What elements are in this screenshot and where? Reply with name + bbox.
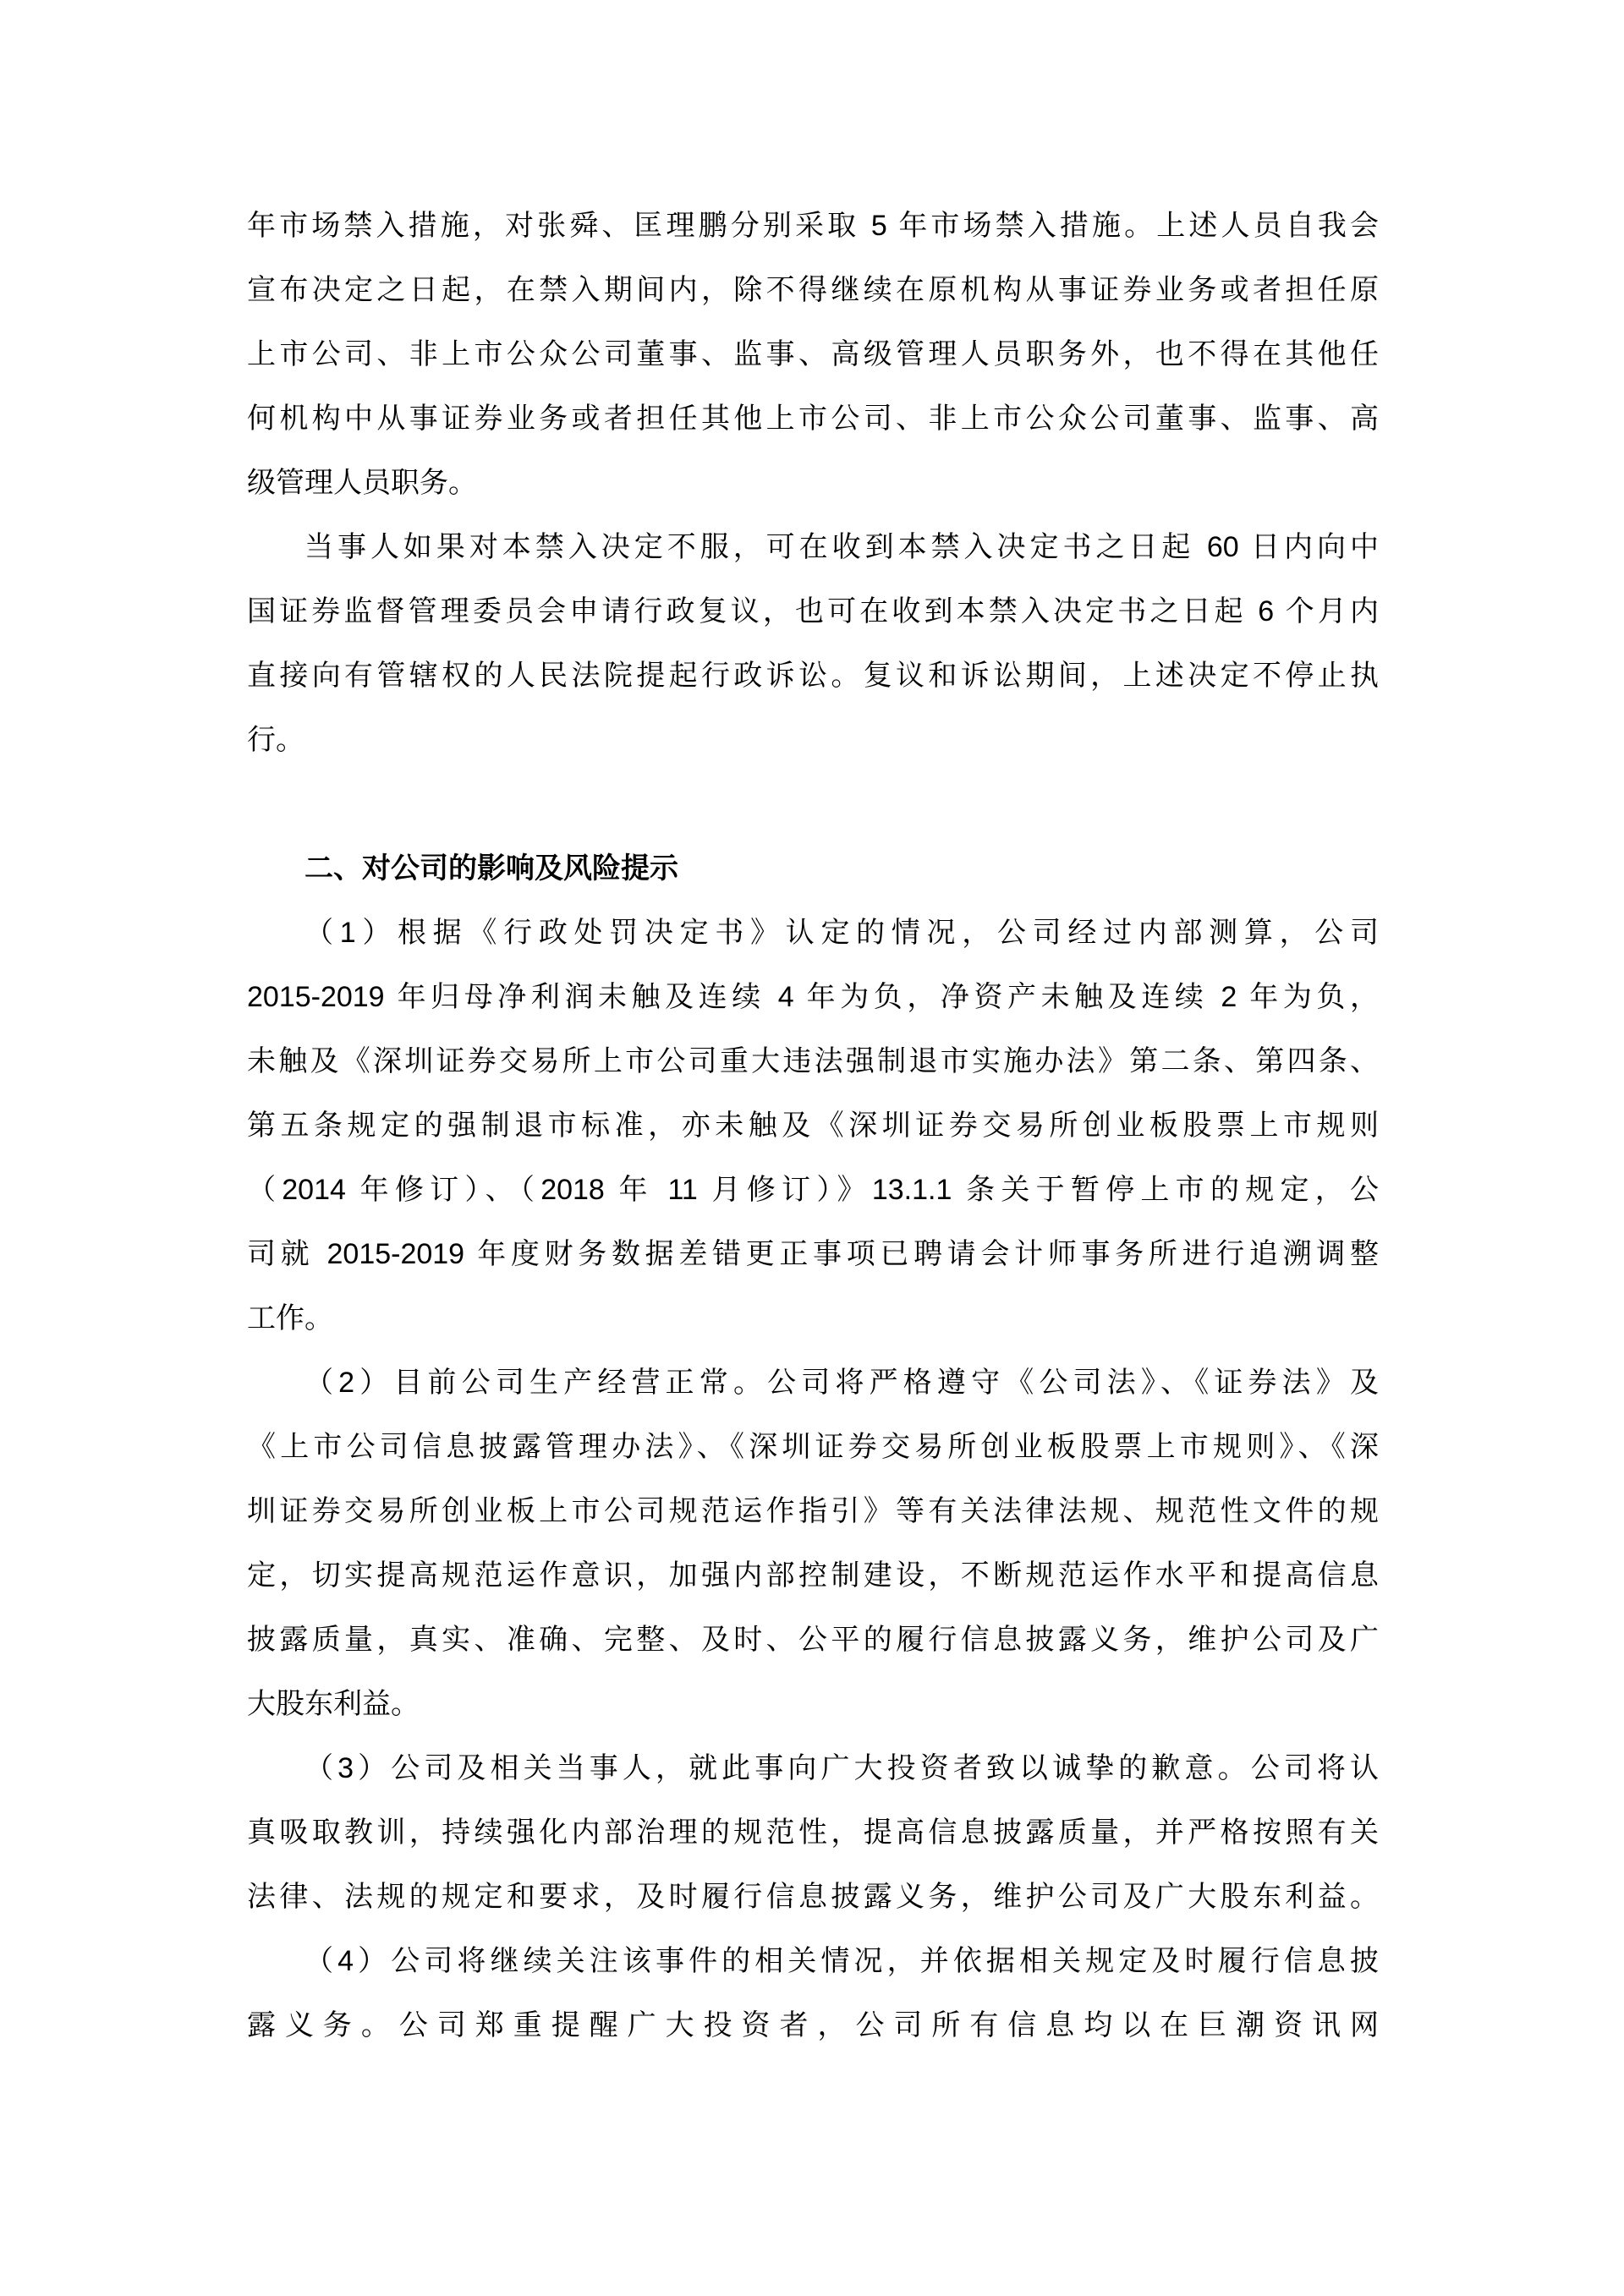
text-line: 当事人如果对本禁入决定不服，可在收到本禁入决定书之日起 60 日内向中 bbox=[247, 515, 1379, 579]
text-line: 2015-2019 年归母净利润未触及连续 4 年为负，净资产未触及连续 2 年… bbox=[247, 965, 1379, 1029]
document-page: 年市场禁入措施，对张舜、匡理鹏分别采取 5 年市场禁入措施。上述人员自我会 宣布… bbox=[0, 0, 1624, 2296]
paragraph-market-ban-continuation: 年市场禁入措施，对张舜、匡理鹏分别采取 5 年市场禁入措施。上述人员自我会 宣布… bbox=[247, 194, 1379, 515]
text-line: （2）目前公司生产经营正常。公司将严格遵守《公司法》、《证券法》及 bbox=[247, 1351, 1379, 1415]
text-line: 国证券监督管理委员会申请行政复议，也可在收到本禁入决定书之日起 6 个月内 bbox=[247, 579, 1379, 644]
text-line: （3）公司及相关当事人，就此事向广大投资者致以诚挚的歉意。公司将认 bbox=[247, 1736, 1379, 1800]
text-line: 何机构中从事证券业务或者担任其他上市公司、非上市公众公司董事、监事、高 bbox=[247, 386, 1379, 451]
text-line: 圳证券交易所创业板上市公司规范运作指引》等有关法律法规、规范性文件的规 bbox=[247, 1479, 1379, 1543]
text-line: （2014 年修订）、（2018 年 11 月修订）》13.1.1 条关于暂停上… bbox=[247, 1158, 1379, 1222]
document-text-block: 年市场禁入措施，对张舜、匡理鹏分别采取 5 年市场禁入措施。上述人员自我会 宣布… bbox=[247, 194, 1379, 2058]
paragraph-impact-item-1: （1）根据《行政处罚决定书》认定的情况，公司经过内部测算，公司 2015-201… bbox=[247, 901, 1379, 1351]
paragraph-impact-item-4: （4）公司将继续关注该事件的相关情况，并依据相关规定及时履行信息披 露义务。公司… bbox=[247, 1929, 1379, 2058]
paragraph-impact-item-2: （2）目前公司生产经营正常。公司将严格遵守《公司法》、《证券法》及 《上市公司信… bbox=[247, 1351, 1379, 1736]
text-line: 级管理人员职务。 bbox=[247, 451, 1379, 515]
text-line: 年市场禁入措施，对张舜、匡理鹏分别采取 5 年市场禁入措施。上述人员自我会 bbox=[247, 194, 1379, 258]
text-line: 直接向有管辖权的人民法院提起行政诉讼。复议和诉讼期间，上述决定不停止执 bbox=[247, 644, 1379, 708]
text-line: 《上市公司信息披露管理办法》、《深圳证券交易所创业板股票上市规则》、《深 bbox=[247, 1415, 1379, 1479]
text-line: （1）根据《行政处罚决定书》认定的情况，公司经过内部测算，公司 bbox=[247, 901, 1379, 965]
text-line: 露义务。公司郑重提醒广大投资者，公司所有信息均以在巨潮资讯网 bbox=[247, 1993, 1379, 2058]
text-line: 大股东利益。 bbox=[247, 1672, 1379, 1736]
text-line: 工作。 bbox=[247, 1286, 1379, 1351]
text-line: （4）公司将继续关注该事件的相关情况，并依据相关规定及时履行信息披 bbox=[247, 1929, 1379, 1993]
text-line: 未触及《深圳证券交易所上市公司重大违法强制退市实施办法》第二条、第四条、 bbox=[247, 1029, 1379, 1093]
text-line: 披露质量，真实、准确、完整、及时、公平的履行信息披露义务，维护公司及广 bbox=[247, 1608, 1379, 1672]
text-line: 定，切实提高规范运作意识，加强内部控制建设，不断规范运作水平和提高信息 bbox=[247, 1543, 1379, 1608]
text-line: 司就 2015-2019 年度财务数据差错更正事项已聘请会计师事务所进行追溯调整 bbox=[247, 1222, 1379, 1286]
paragraph-impact-item-3: （3）公司及相关当事人，就此事向广大投资者致以诚挚的歉意。公司将认 真吸取教训，… bbox=[247, 1736, 1379, 1929]
text-line: 上市公司、非上市公众公司董事、监事、高级管理人员职务外，也不得在其他任 bbox=[247, 322, 1379, 386]
text-line: 真吸取教训，持续强化内部治理的规范性，提高信息披露质量，并严格按照有关 bbox=[247, 1800, 1379, 1865]
text-line: 行。 bbox=[247, 708, 1379, 772]
section-heading-text: 二、对公司的影响及风险提示 bbox=[247, 836, 1379, 901]
text-line: 宣布决定之日起，在禁入期间内，除不得继续在原机构从事证券业务或者担任原 bbox=[247, 258, 1379, 322]
text-line: 法律、法规的规定和要求，及时履行信息披露义务，维护公司及广大股东利益。 bbox=[247, 1865, 1379, 1929]
paragraph-appeal-rights: 当事人如果对本禁入决定不服，可在收到本禁入决定书之日起 60 日内向中 国证券监… bbox=[247, 515, 1379, 772]
section-heading: 二、对公司的影响及风险提示 bbox=[247, 836, 1379, 901]
text-line: 第五条规定的强制退市标准，亦未触及《深圳证券交易所创业板股票上市规则 bbox=[247, 1093, 1379, 1158]
